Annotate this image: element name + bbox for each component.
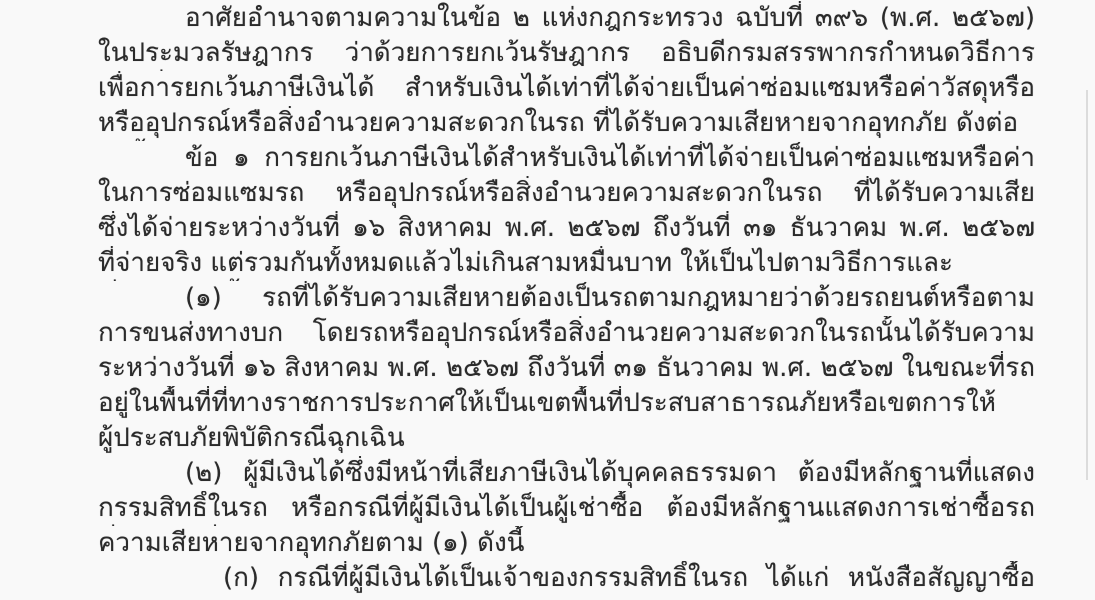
text-line: อาศัยอำนาจตามความในข้อ ๒ แห่งกฎกระทรวง ฉ… bbox=[98, 1, 1035, 36]
text-line: เพื่อการยกเว้นภาษีเงินได้ สำหรับเงินได้เ… bbox=[98, 71, 1035, 106]
document-page: อาศัยอำนาจตามความในข้อ ๒ แห่งกฎกระทรวง ฉ… bbox=[0, 0, 1095, 600]
text-line: ความเสียหายจากอุทกภัยตาม (๑) ดังนี้ bbox=[98, 526, 1035, 561]
text-line: (๑) รถที่ได้รับความเสียหายต้องเป็นรถตามก… bbox=[98, 281, 1035, 316]
text-line: หรืออุปกรณ์หรือสิ่งอำนวยความสะดวกในรถ ที… bbox=[98, 106, 1035, 141]
text-line: กรรมสิทธิ์ในรถ หรือกรณีที่ผู้มีเงินได้เป… bbox=[98, 491, 1035, 526]
text-line: (ก) กรณีที่ผู้มีเงินได้เป็นเจ้าของกรรมสิ… bbox=[98, 561, 1035, 596]
text-line: ที่จ่ายจริง แต่รวมกันทั้งหมดแล้วไม่เกินส… bbox=[98, 246, 1035, 281]
text-line: ผู้ประสบภัยพิบัติกรณีฉุกเฉิน bbox=[98, 421, 1035, 456]
document-body: อาศัยอำนาจตามความในข้อ ๒ แห่งกฎกระทรวง ฉ… bbox=[0, 0, 1095, 596]
text-line: ในการซ่อมแซมรถ หรืออุปกรณ์หรือสิ่งอำนวยค… bbox=[98, 176, 1035, 211]
text-line: (๒) ผู้มีเงินได้ซึ่งมีหน้าที่เสียภาษีเงิ… bbox=[98, 456, 1035, 491]
text-line: การขนส่งทางบก โดยรถหรืออุปกรณ์หรือสิ่งอำ… bbox=[98, 316, 1035, 351]
scan-edge-artifact bbox=[1086, 90, 1088, 480]
text-line: อยู่ในพื้นที่ที่ทางราชการประกาศให้เป็นเข… bbox=[98, 386, 1035, 421]
text-line: ระหว่างวันที่ ๑๖ สิงหาคม พ.ศ. ๒๕๖๗ ถึงวั… bbox=[98, 351, 1035, 386]
text-line: ซึ่งได้จ่ายระหว่างวันที่ ๑๖ สิงหาคม พ.ศ.… bbox=[98, 211, 1035, 246]
text-line: ในประมวลรัษฎากร ว่าด้วยการยกเว้นรัษฎากร … bbox=[98, 36, 1035, 71]
text-line: ข้อ ๑ การยกเว้นภาษีเงินได้สำหรับเงินได้เ… bbox=[98, 141, 1035, 176]
